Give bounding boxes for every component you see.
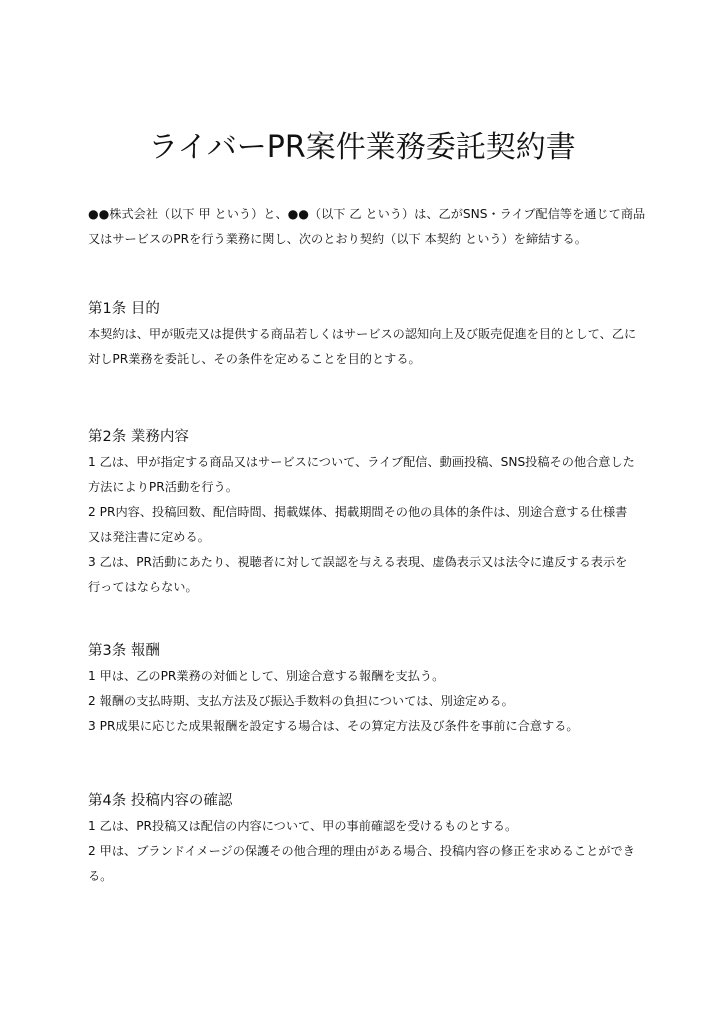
article-2-body: 1 乙は、甲が指定する商品又はサービスについて、ライブ配信、動画投稿、SNS投稿… bbox=[88, 450, 648, 600]
article-4-body: 1 乙は、PR投稿又は配信の内容について、甲の事前確認を受けるものとする。 2 … bbox=[88, 814, 648, 889]
article-line: る。 bbox=[88, 864, 648, 889]
article-line: 方法によりPR活動を行う。 bbox=[88, 475, 648, 500]
article-1-heading: 第1条 目的 bbox=[88, 299, 160, 319]
article-line: 2 PR内容、投稿回数、配信時間、掲載媒体、掲載期間その他の具体的条件は、別途合… bbox=[88, 500, 648, 525]
article-line: 2 報酬の支払時期、支払方法及び振込手数料の負担については、別途定める。 bbox=[88, 689, 648, 714]
article-2-heading: 第2条 業務内容 bbox=[88, 427, 189, 447]
article-line: 本契約は、甲が販売又は提供する商品若しくはサービスの認知向上及び販売促進を目的と… bbox=[88, 322, 648, 347]
preamble-line: ●●株式会社（以下 甲 という）と、●●（以下 乙 という）は、乙がSNS・ライ… bbox=[88, 202, 648, 227]
article-3-heading: 第3条 報酬 bbox=[88, 641, 160, 661]
preamble: ●●株式会社（以下 甲 という）と、●●（以下 乙 という）は、乙がSNS・ライ… bbox=[88, 202, 648, 252]
article-line: 3 乙は、PR活動にあたり、視聴者に対して誤認を与える表現、虚偽表示又は法令に違… bbox=[88, 550, 648, 575]
article-line: 1 乙は、PR投稿又は配信の内容について、甲の事前確認を受けるものとする。 bbox=[88, 814, 648, 839]
article-4-heading: 第4条 投稿内容の確認 bbox=[88, 791, 232, 811]
preamble-line: 又はサービスのPRを行う業務に関し、次のとおり契約（以下 本契約 という）を締結… bbox=[88, 227, 648, 252]
article-1-body: 本契約は、甲が販売又は提供する商品若しくはサービスの認知向上及び販売促進を目的と… bbox=[88, 322, 648, 372]
document-title: ライバーPR案件業務委託契約書 bbox=[0, 128, 724, 168]
article-line: 行ってはならない。 bbox=[88, 575, 648, 600]
article-line: 1 甲は、乙のPR業務の対価として、別途合意する報酬を支払う。 bbox=[88, 664, 648, 689]
article-3-body: 1 甲は、乙のPR業務の対価として、別途合意する報酬を支払う。 2 報酬の支払時… bbox=[88, 664, 648, 739]
article-line: 対しPR業務を委託し、その条件を定めることを目的とする。 bbox=[88, 347, 648, 372]
article-line: 1 乙は、甲が指定する商品又はサービスについて、ライブ配信、動画投稿、SNS投稿… bbox=[88, 450, 648, 475]
article-line: 2 甲は、ブランドイメージの保護その他合理的理由がある場合、投稿内容の修正を求め… bbox=[88, 839, 648, 864]
article-line: 3 PR成果に応じた成果報酬を設定する場合は、その算定方法及び条件を事前に合意す… bbox=[88, 714, 648, 739]
article-line: 又は発注書に定める。 bbox=[88, 525, 648, 550]
